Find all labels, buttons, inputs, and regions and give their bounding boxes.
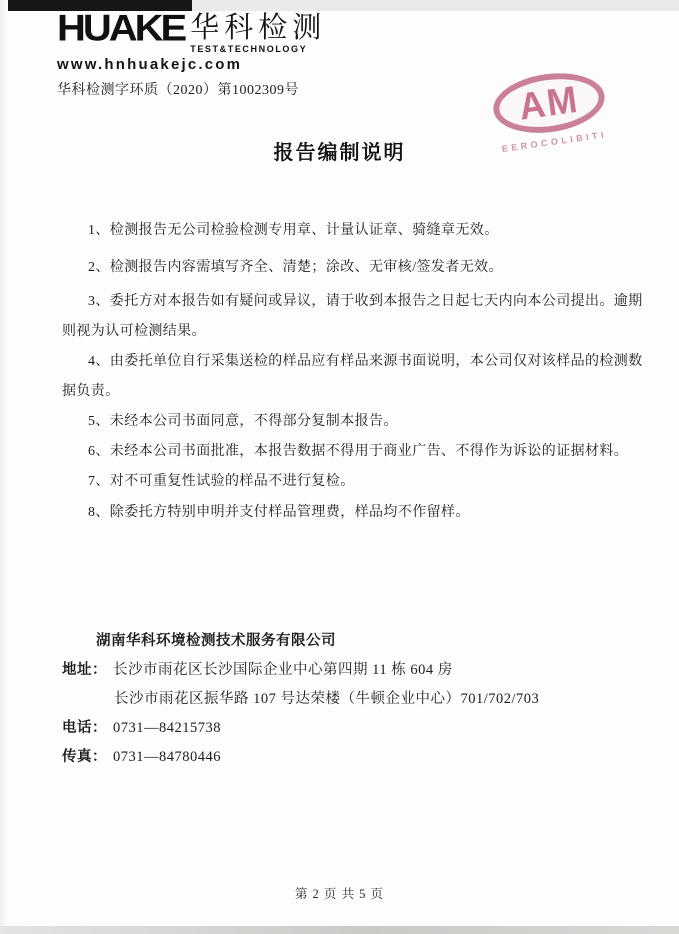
company-contact-block: 湖南华科环境检测技术服务有限公司 地址：长沙市雨花区长沙国际企业中心第四期 11… [62,627,539,772]
fax-label: 传真： [62,749,107,765]
fax-value: 0731—84780446 [113,749,221,765]
phone-value: 0731—84215738 [113,720,221,736]
note-item-3: 3、委托方对本报告如有疑问或异议，请于收到本报告之日起七天内向本公司提出。逾期 … [62,287,637,347]
company-website: www.hnhuakejc.com [57,56,326,73]
company-logo: HUAKE 华科检测 TEST&TECHNOLOGY [57,13,326,54]
report-notes-list: 1、检测报告无公司检验检测专用章、计量认证章、骑缝章无效。 2、检测报告内容需填… [62,216,637,528]
company-name: 湖南华科环境检测技术服务有限公司 [62,627,539,656]
company-address-line-2: 长沙市雨花区振华路 107 号达荣楼（牛顿企业中心）701/702/703 [62,685,539,714]
report-header: HUAKE 华科检测 TEST&TECHNOLOGY www.hnhuakejc… [57,13,326,99]
company-address-line-1: 地址：长沙市雨花区长沙国际企业中心第四期 11 栋 604 房 [62,656,539,685]
phone-label: 电话： [62,720,107,736]
report-document-number: 华科检测字环质（2020）第1002309号 [57,79,326,99]
scanned-report-page: HUAKE 华科检测 TEST&TECHNOLOGY www.hnhuakejc… [0,0,679,934]
logo-tagline: TEST&TECHNOLOGY [190,44,326,54]
page-number-footer: 第 2 页 共 5 页 [0,884,679,902]
note-item-1: 1、检测报告无公司检验检测专用章、计量认证章、骑缝章无效。 [62,216,637,246]
stamp-oval-border: AM [489,67,608,140]
note-item-6: 6、未经本公司书面批准，本报告数据不得用于商业广告、不得作为诉讼的证据材料。 [62,437,637,467]
note-item-8: 8、除委托方特别申明并支付样品管理费，样品均不作留样。 [62,498,637,528]
logo-chinese-name: 华科检测 [190,13,326,43]
note-item-7: 7、对不可重复性试验的样品不进行复检。 [62,467,637,497]
company-fax: 传真：0731—84780446 [62,743,539,772]
note-item-2: 2、检测报告内容需填写齐全、清楚；涂改、无审核/签发者无效。 [62,253,637,283]
note-item-4: 4、由委托单位自行采集送检的样品应有样品来源书面说明，本公司仅对该样品的检测数 … [62,347,637,407]
stamp-letters: AM [516,77,582,129]
scanner-edge-bottom [0,926,679,934]
logo-wordmark: HUAKE [57,13,184,44]
address-label: 地址： [62,662,107,678]
company-phone: 电话：0731—84215738 [62,714,539,743]
note-item-5: 5、未经本公司书面同意，不得部分复制本报告。 [62,407,637,437]
address-value-1: 长沙市雨花区长沙国际企业中心第四期 11 栋 604 房 [113,662,453,678]
